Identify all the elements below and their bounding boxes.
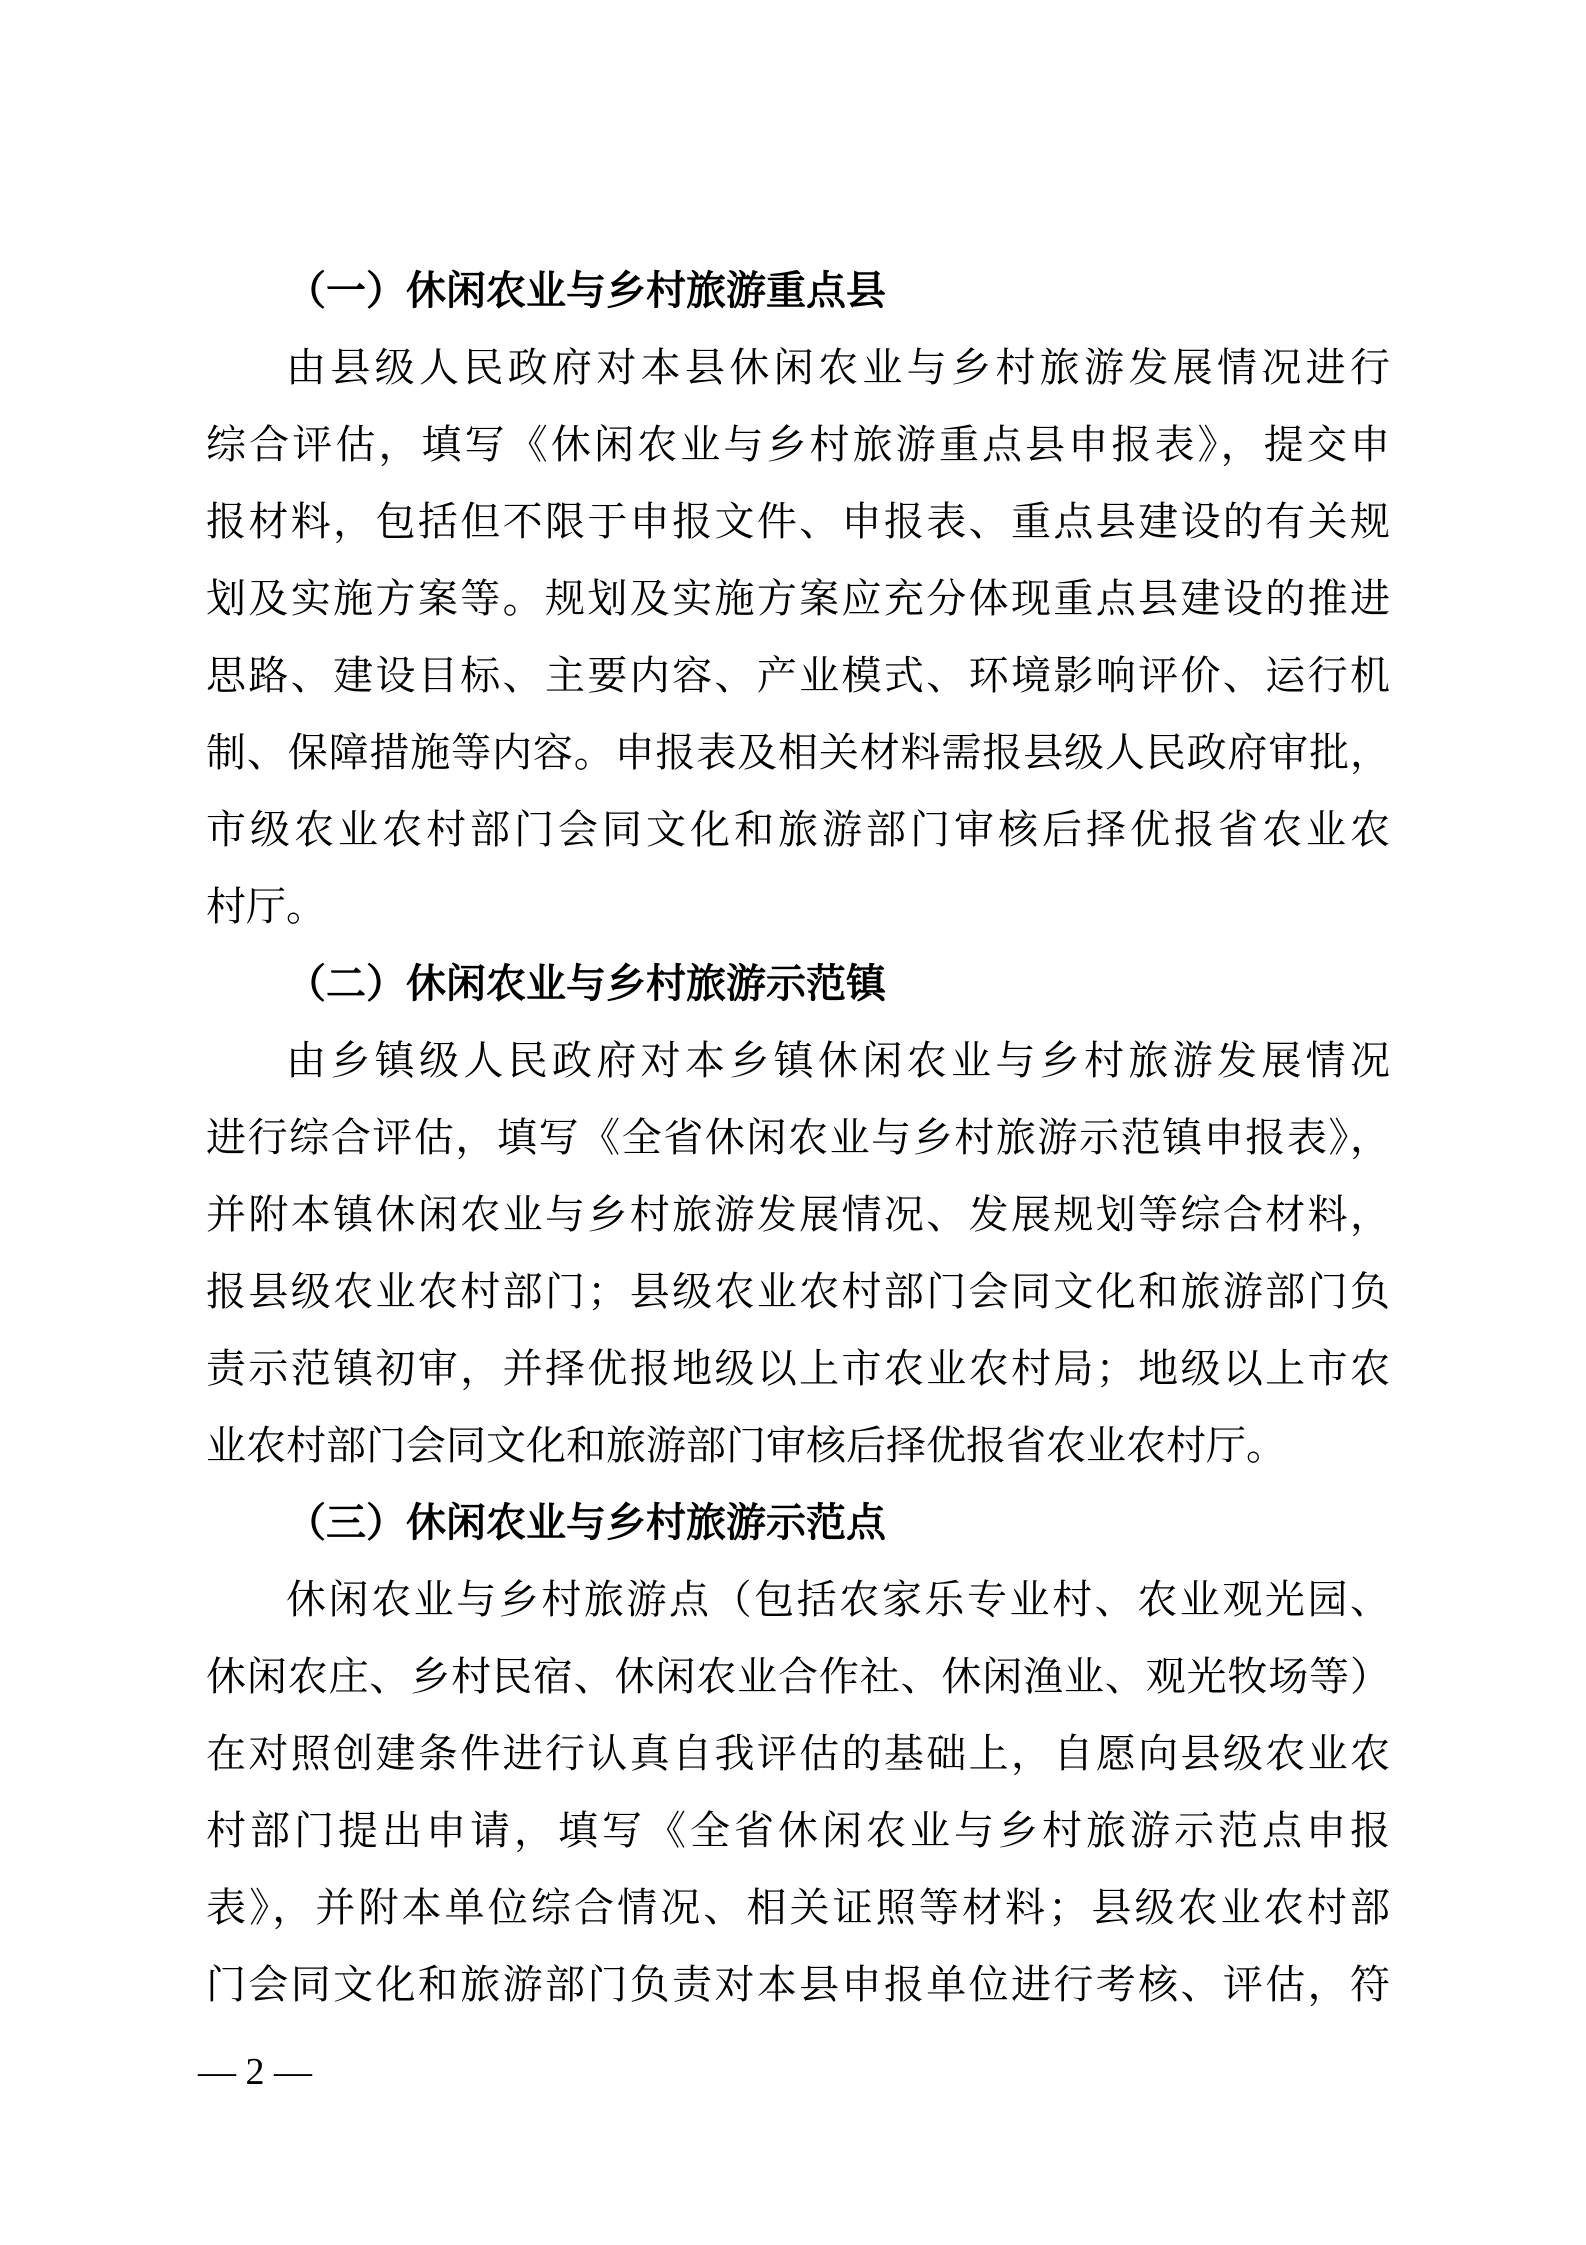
text-line: 报材料，包括但不限于申报文件、申报表、重点县建设的有关规 xyxy=(206,483,1390,560)
text-line: 业农村部门会同文化和旅游部门审核后择优报省农业农村厅。 xyxy=(206,1407,1390,1484)
text-line: 在对照创建条件进行认真自我评估的基础上，自愿向县级农业农 xyxy=(206,1715,1390,1792)
text-line: 市级农业农村部门会同文化和旅游部门审核后择优报省农业农 xyxy=(206,791,1390,868)
section-1-heading: （一）休闲农业与乡村旅游重点县 xyxy=(206,252,1390,329)
text-line: 综合评估，填写《休闲农业与乡村旅游重点县申报表》，提交申 xyxy=(206,406,1390,483)
section-3-heading: （三）休闲农业与乡村旅游示范点 xyxy=(206,1484,1390,1561)
text-line: 报县级农业农村部门；县级农业农村部门会同文化和旅游部门负 xyxy=(206,1253,1390,1330)
text-line: 村厅。 xyxy=(206,868,1390,945)
document-page: （一）休闲农业与乡村旅游重点县 由县级人民政府对本县休闲农业与乡村旅游发展情况进… xyxy=(0,0,1586,2245)
text-line: 村部门提出申请，填写《全省休闲农业与乡村旅游示范点申报 xyxy=(206,1792,1390,1869)
text-line: 由乡镇级人民政府对本乡镇休闲农业与乡村旅游发展情况 xyxy=(206,1022,1390,1099)
text-line: 休闲农业与乡村旅游点（包括农家乐专业村、农业观光园、 xyxy=(206,1561,1390,1638)
text-line: 制、保障措施等内容。申报表及相关材料需报县级人民政府审批， xyxy=(206,714,1390,791)
text-line: 门会同文化和旅游部门负责对本县申报单位进行考核、评估，符 xyxy=(206,1946,1390,2023)
text-line: 思路、建设目标、主要内容、产业模式、环境影响评价、运行机 xyxy=(206,637,1390,714)
text-line: 休闲农庄、乡村民宿、休闲农业合作社、休闲渔业、观光牧场等） xyxy=(206,1638,1390,1715)
text-line: 划及实施方案等。规划及实施方案应充分体现重点县建设的推进 xyxy=(206,560,1390,637)
text-line: 进行综合评估，填写《全省休闲农业与乡村旅游示范镇申报表》， xyxy=(206,1099,1390,1176)
page-number: — 2 — xyxy=(198,2047,1390,2097)
text-line: 表》，并附本单位综合情况、相关证照等材料；县级农业农村部 xyxy=(206,1869,1390,1946)
text-line: 由县级人民政府对本县休闲农业与乡村旅游发展情况进行 xyxy=(206,329,1390,406)
section-2-heading: （二）休闲农业与乡村旅游示范镇 xyxy=(206,945,1390,1022)
text-line: 并附本镇休闲农业与乡村旅游发展情况、发展规划等综合材料， xyxy=(206,1176,1390,1253)
text-line: 责示范镇初审，并择优报地级以上市农业农村局；地级以上市农 xyxy=(206,1330,1390,1407)
